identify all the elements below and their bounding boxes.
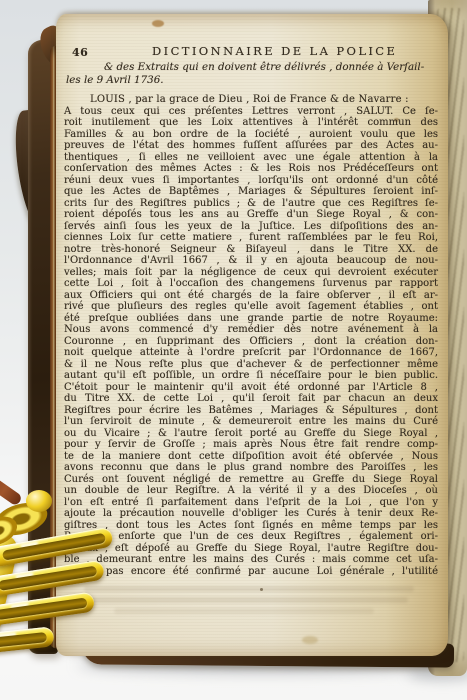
- text-line: roient dépoſés tous les ans au Greffe d'…: [64, 209, 438, 221]
- text-line: l'Ordonnance d'Avril 1667 , & il y en aj…: [64, 255, 438, 267]
- running-header: 46 DICTIONNAIRE DE LA POLICE: [56, 44, 448, 60]
- text-line: Nous avons commencé d'y remédier dès not…: [64, 324, 438, 336]
- page-title: DICTIONNAIRE DE LA POLICE: [152, 44, 397, 58]
- page-number: 46: [72, 46, 88, 59]
- text-line: te de la maniere dont cette diſpoſition …: [64, 451, 438, 463]
- subtitle-line: les le 9 Avril 1736.: [66, 74, 436, 87]
- text-line: rivé que pluſieurs des regles qu'elle av…: [64, 301, 438, 313]
- gold-hand-finger: [0, 592, 95, 627]
- text-line: crits ſur des Regiſtres publics ; & de l…: [64, 198, 438, 210]
- gold-hand-knuckle: [26, 490, 52, 512]
- text-line: l'un ſerviroit de minute , & demeureroit…: [64, 416, 438, 428]
- show-through-line: [114, 608, 374, 614]
- text-line: velles; mais ſoit par la négligence de c…: [64, 267, 438, 279]
- text-line: LOUIS , par la grace de Dieu , Roi de Fr…: [64, 94, 438, 106]
- text-line: noit quelque atteinte à l'ordre preſcrit…: [64, 347, 438, 359]
- holder-stem: [0, 469, 23, 506]
- text-line: réuni deux vues ſi importantes , lorſqu'…: [64, 175, 438, 187]
- text-line: A tous ceux qui ces préſentes Lettres ve…: [64, 106, 438, 118]
- text-line: conſervation des mêmes Actes : & les Roi…: [64, 163, 438, 175]
- gold-hand-book-holder: [0, 486, 146, 700]
- text-line: ſervés ainſi ſous les yeux de la Juſtice…: [64, 221, 438, 233]
- text-line: Regiſtres pour écrire les Batêmes , Mari…: [64, 405, 438, 417]
- text-line: été preſque oubliées dans une grande par…: [64, 313, 438, 325]
- text-line: preuves de l'état des hommes fuſſent aſſ…: [64, 140, 438, 152]
- book-photograph: 46 DICTIONNAIRE DE LA POLICE & des Extra…: [0, 0, 467, 700]
- text-line: Couronne , en ſupprimant des Officiers ,…: [64, 336, 438, 348]
- text-line: Familles & au bon ordre de la ſociété , …: [64, 129, 438, 141]
- subtitle-line: & des Extraits qui en doivent être déliv…: [66, 61, 436, 74]
- text-line: pour y ſervir de Groſſe ; mais après Nou…: [64, 439, 438, 451]
- text-line: & il ne Nous reſte plus que d'achever & …: [64, 359, 438, 371]
- foxing-stain: [302, 636, 318, 644]
- text-line: ou du Vicaire ; & l'autre ſeroit porté a…: [64, 428, 438, 440]
- text-line: thentiques , ſi elles ne veilloient avec…: [64, 152, 438, 164]
- text-line: aux Officiers qui ont été chargés de la …: [64, 290, 438, 302]
- chapter-subtitle: & des Extraits qui en doivent être déliv…: [66, 61, 436, 86]
- text-line: notre très-honoré Seigneur & Biſayeul , …: [64, 244, 438, 256]
- text-line: roit inutilement que les Loix attentives…: [64, 117, 438, 129]
- text-line: que les Actes de Baptêmes , Mariages & S…: [64, 186, 438, 198]
- text-line: C'étoit pour le maintenir qu'il avoit ét…: [64, 382, 438, 394]
- text-line: ciennes Loix ſur cette matiere , furent …: [64, 232, 438, 244]
- text-line: du Titre XX. de cette Loi , qu'il ſeroit…: [64, 393, 438, 405]
- gold-hand-finger: [0, 560, 105, 598]
- text-line: Curés ont ſouvent négligé de remettre au…: [64, 474, 438, 486]
- text-line: avons reconnu que dans le plus grand nom…: [64, 462, 438, 474]
- text-line: cette Loi , ſoit à l'occaſion des change…: [64, 278, 438, 290]
- text-line: autant qu'il eſt poſſible, un ordre ſi n…: [64, 370, 438, 382]
- gold-hand-finger: [0, 626, 55, 654]
